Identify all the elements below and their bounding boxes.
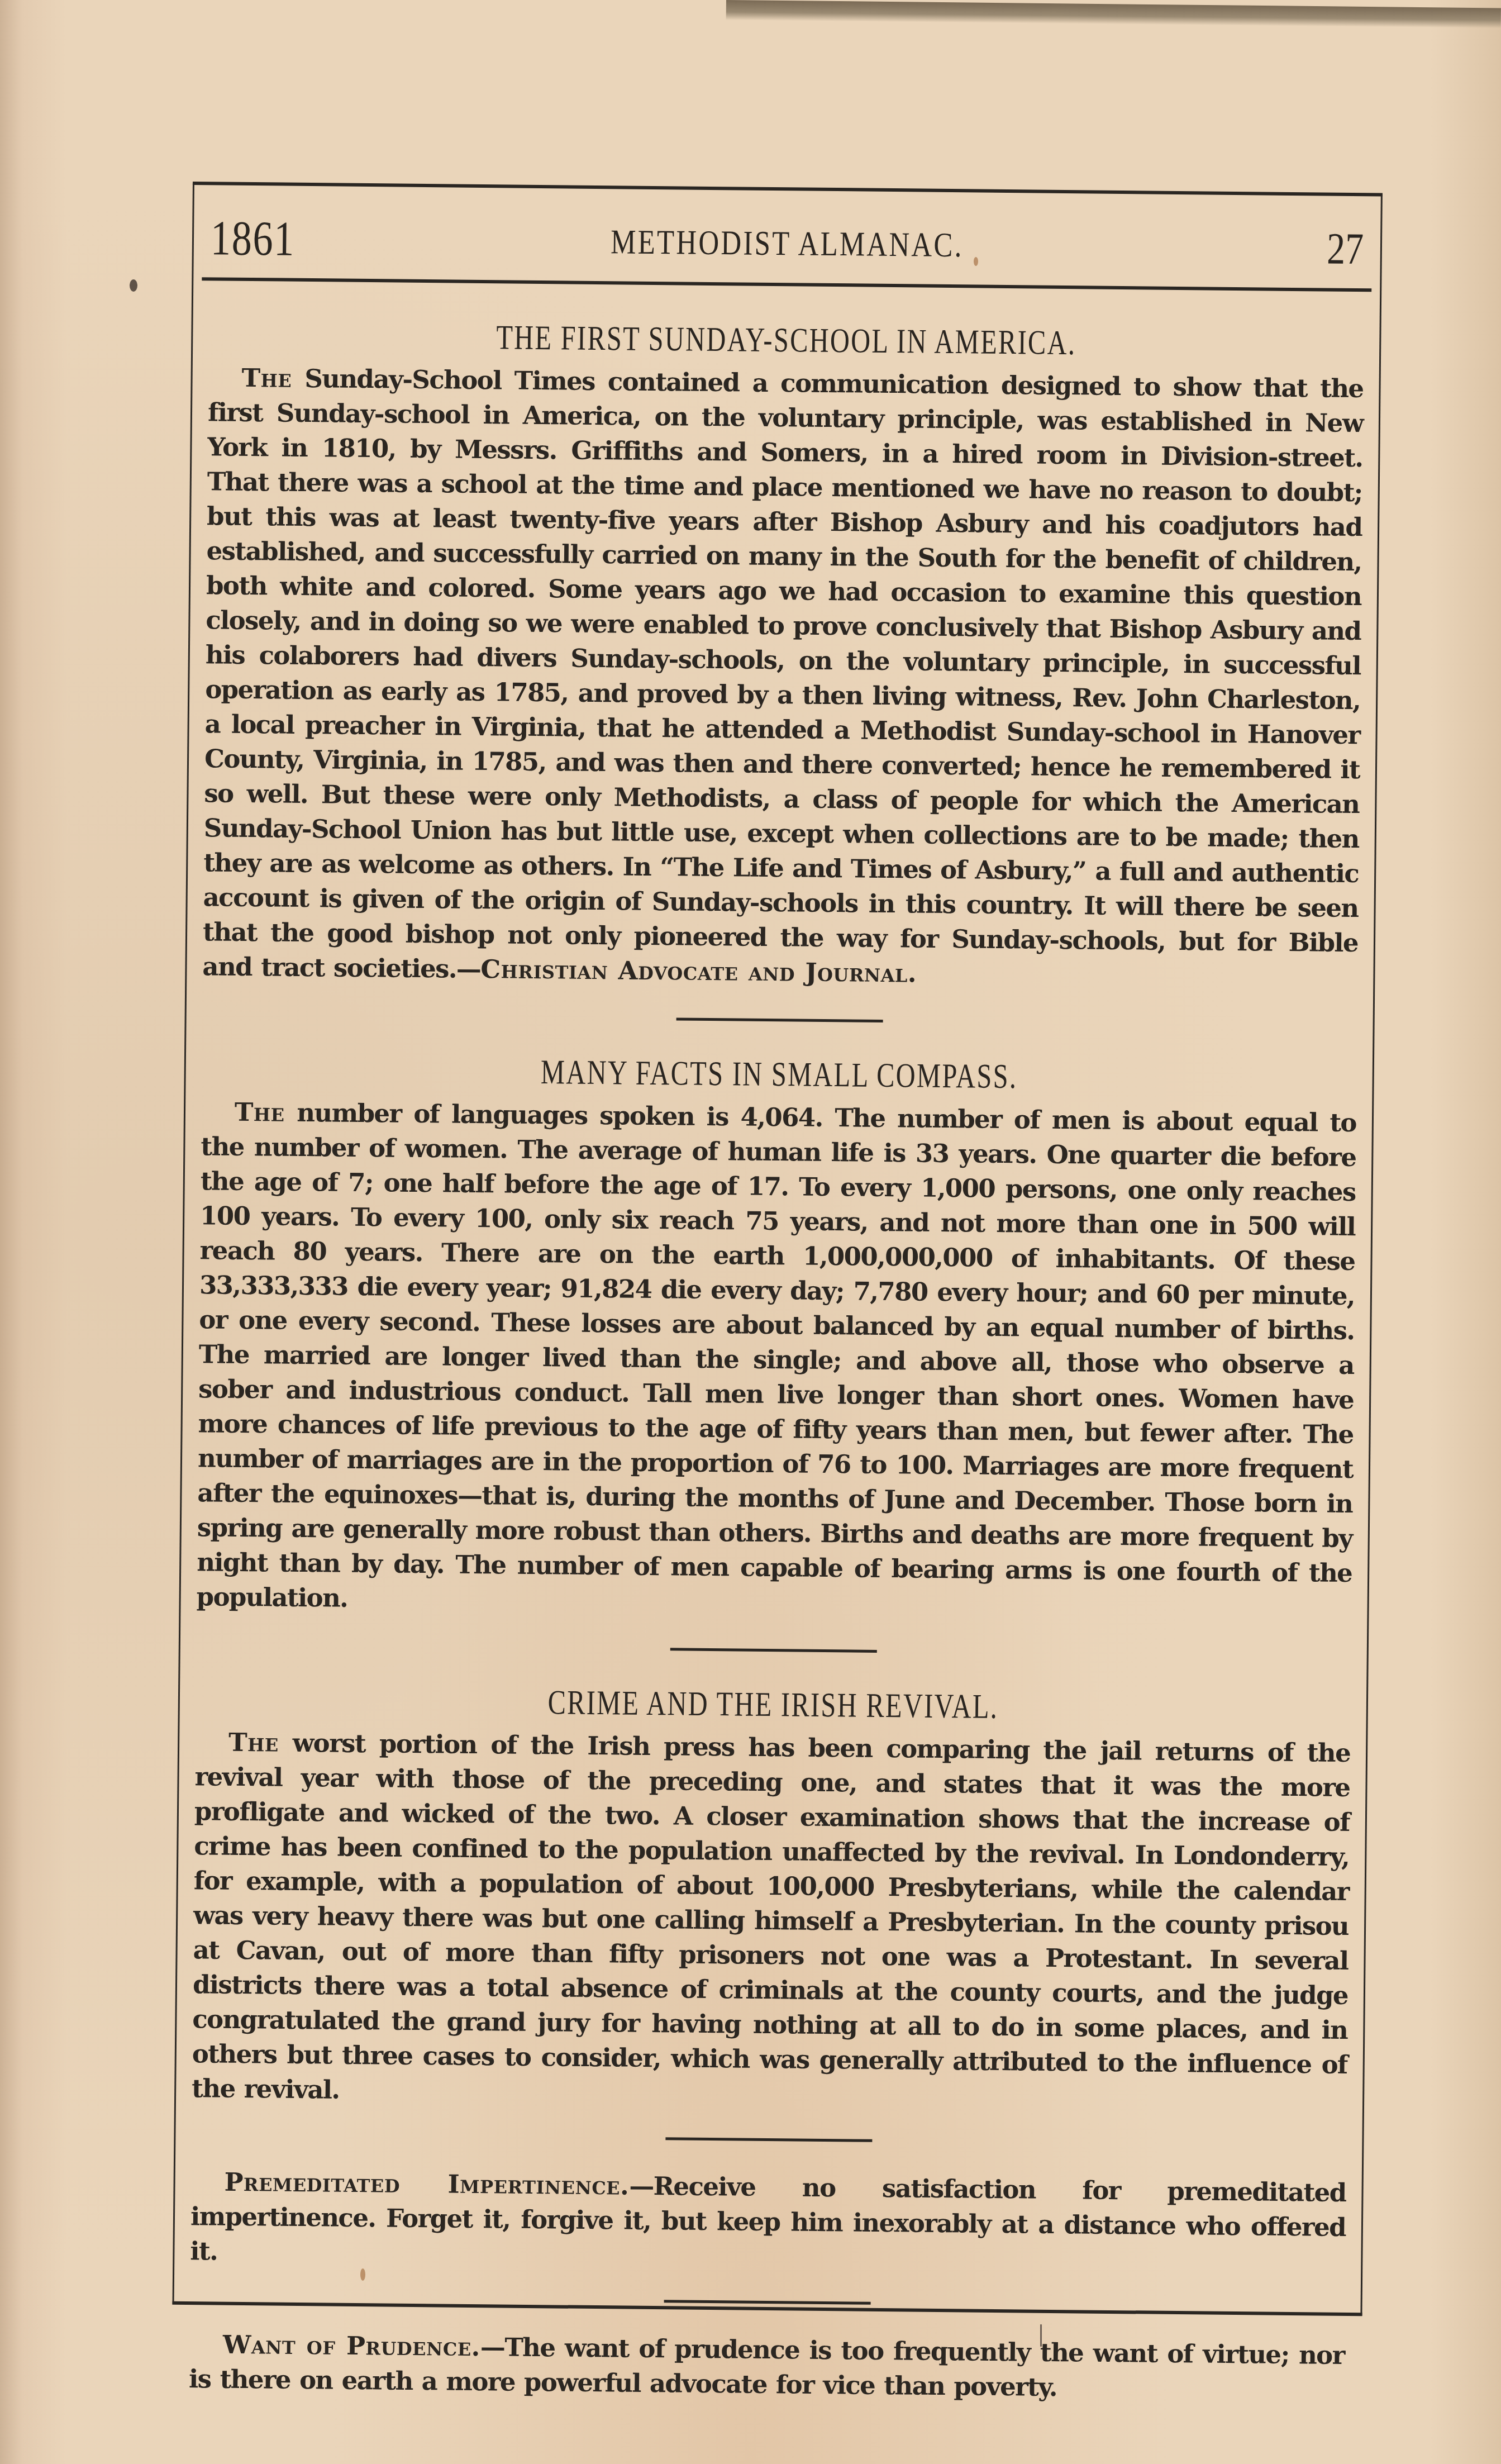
header-rule <box>202 277 1371 292</box>
lead-word: The <box>228 1728 279 1758</box>
lead-word: The <box>235 1097 285 1128</box>
article-title: MANY FACTS IN SMALL COMPASS. <box>328 1050 1230 1098</box>
book-top-edge <box>726 0 1501 28</box>
page-content: THE FIRST SUNDAY-SCHOOL IN AMERICA. The … <box>189 305 1364 2408</box>
header-year: 1861 <box>211 210 296 267</box>
section-divider <box>676 1017 883 1022</box>
article-first-sunday-school: THE FIRST SUNDAY-SCHOOL IN AMERICA. The … <box>202 315 1364 995</box>
header-title: METHODIST ALMANAC. <box>590 222 984 265</box>
article-many-facts: MANY FACTS IN SMALL COMPASS. The number … <box>196 1049 1357 1625</box>
article-title: CRIME AND THE IRISH REVIVAL. <box>322 1681 1224 1729</box>
page-frame: 1861 METHODIST ALMANAC. 27 THE FIRST SUN… <box>173 182 1383 2316</box>
body-text: worst portion of the Irish press has bee… <box>192 1728 1350 2105</box>
maxim-want-of-prudence: Want of Prudence.—The want of prudence i… <box>189 2327 1345 2408</box>
paper-stain <box>130 279 137 292</box>
body-text: number of languages spoken is 4,064. The… <box>196 1098 1356 1613</box>
paper-stain <box>1040 2324 1042 2347</box>
article-title: THE FIRST SUNDAY-SCHOOL IN AMERICA. <box>335 316 1237 364</box>
maxim-premeditated-impertinence: Premeditated Impertinence.—Receive no sa… <box>190 2165 1346 2280</box>
maxim-heading: Premeditated Impertinence. <box>224 2167 629 2201</box>
section-divider <box>664 2300 871 2305</box>
article-body: The Sunday-School Times contained a comm… <box>202 360 1364 995</box>
section-divider <box>670 1648 877 1653</box>
paper-stain <box>360 2268 365 2281</box>
maxim-heading: Want of Prudence. <box>223 2330 481 2362</box>
section-divider <box>665 2137 872 2142</box>
maxim-body: Premeditated Impertinence.—Receive no sa… <box>190 2165 1346 2280</box>
article-body: The worst portion of the Irish press has… <box>192 1725 1350 2117</box>
page-number: 27 <box>1327 223 1364 275</box>
article-crime-irish-revival: CRIME AND THE IRISH REVIVAL. The worst p… <box>192 1680 1351 2117</box>
maxim-body: Want of Prudence.—The want of prudence i… <box>189 2327 1345 2408</box>
paper-stain <box>974 257 978 266</box>
running-head: 1861 METHODIST ALMANAC. 27 <box>211 207 1364 280</box>
body-text: Sunday-School Times contained a communic… <box>202 364 1364 984</box>
source-attribution: Christian Advocate and Journal. <box>480 954 917 988</box>
lead-word: The <box>241 363 292 393</box>
article-body: The number of languages spoken is 4,064.… <box>196 1095 1356 1625</box>
